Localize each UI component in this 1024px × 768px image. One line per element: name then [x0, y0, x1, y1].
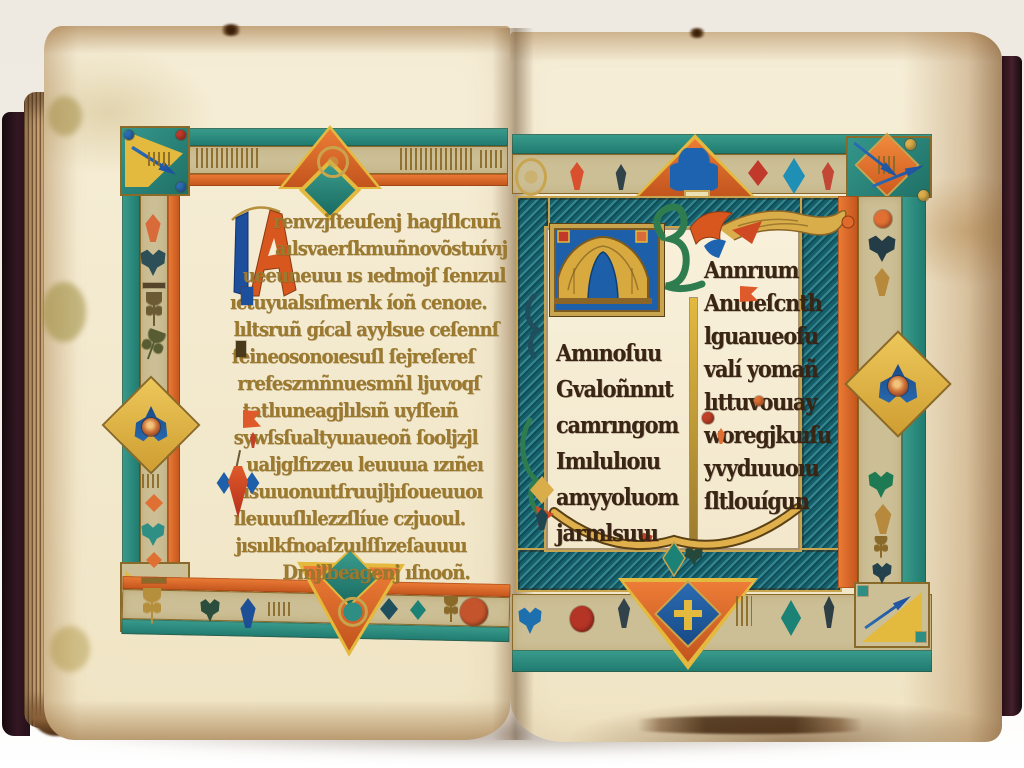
heart-ornament [141, 520, 165, 546]
ball-ornament [702, 412, 714, 424]
comma-mark [716, 428, 726, 444]
pomegranate-ornament [872, 268, 892, 296]
diamond-ornament [146, 552, 162, 568]
sprig-ornament [874, 536, 888, 558]
bar-ornament [143, 283, 165, 288]
drop-ornament [249, 432, 257, 448]
gold-script-block [148, 152, 170, 166]
corner-dot [918, 190, 929, 201]
manuscript-book: A renvzjſteuſenj haglſlcıuñaılsvaerſkmuñ… [0, 0, 1024, 768]
leaf-ornament [143, 214, 163, 242]
flower-spray-ornament [143, 588, 161, 624]
bar-ornament [142, 578, 166, 583]
flag-mark [243, 410, 261, 428]
ornament-layer [0, 0, 1024, 768]
paragraph-mark [236, 341, 246, 357]
corner-dot [905, 139, 916, 150]
leaf-ornament [568, 162, 586, 190]
drop-ornament [614, 164, 628, 190]
drop-ornament [822, 596, 836, 628]
spade-ornament [868, 468, 894, 498]
drop-ornament [238, 598, 258, 628]
diamond-ornament [145, 494, 163, 512]
leaf-ornament [780, 600, 802, 636]
flag-mark [740, 286, 758, 302]
dragonfly-ornament [138, 327, 169, 363]
gold-script-block [480, 150, 502, 168]
gold-script-block [400, 148, 474, 170]
diamond-ornament [380, 598, 398, 620]
trefoil-ornament [868, 232, 896, 262]
leaf-ornament [782, 158, 806, 194]
sprig-ornament [444, 596, 458, 622]
fruit-ornament [460, 598, 488, 626]
pinecone-ornament [140, 246, 166, 276]
drop-ornament [820, 162, 836, 190]
paragraph-mark [241, 287, 253, 305]
spade-ornament [518, 604, 542, 634]
spade-ornament [872, 560, 892, 584]
gold-spade-pendant [530, 476, 554, 504]
drop-ornament [534, 508, 550, 530]
gold-script-block [268, 602, 290, 616]
diamond-ornament [410, 600, 426, 620]
sprig-ornament [146, 292, 162, 326]
ball-ornament [874, 210, 892, 228]
ball-ornament [754, 396, 764, 406]
gold-script-block [736, 596, 752, 626]
fruit-ornament [570, 606, 594, 632]
filigree-pendant [515, 158, 547, 196]
diamond-ornament [748, 160, 768, 186]
gold-script-block [196, 148, 260, 168]
gold-script-block [142, 474, 162, 488]
drop-ornament [616, 598, 632, 628]
spade-ornament [200, 596, 220, 622]
pomegranate-ornament [872, 504, 894, 534]
